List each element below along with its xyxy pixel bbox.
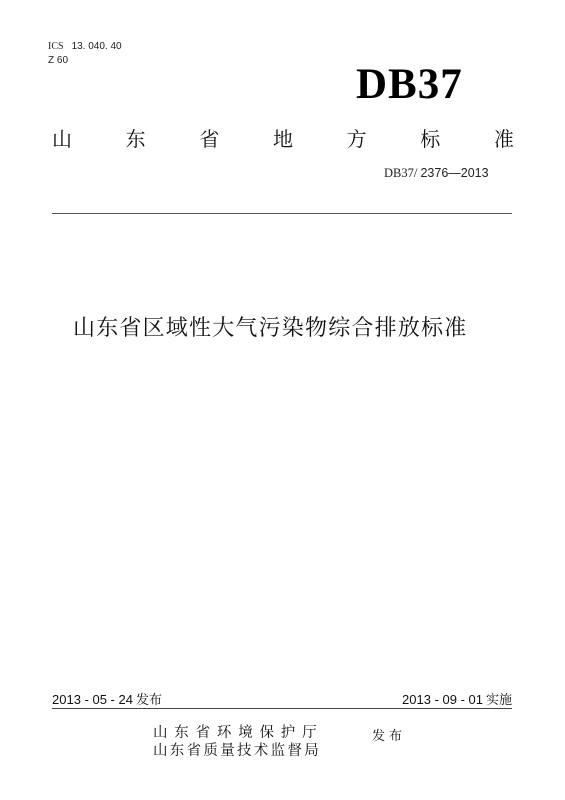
ics-label: ICS bbox=[48, 41, 64, 52]
standard-number: DB37/ 2376—2013 bbox=[384, 166, 489, 180]
db-logo: DB37 bbox=[356, 62, 463, 108]
standard-number-prefix: DB37/ bbox=[384, 166, 417, 180]
top-divider bbox=[52, 213, 512, 214]
standard-type-char: 标 bbox=[420, 126, 440, 152]
implementation-date-label: 实施 bbox=[486, 693, 512, 708]
issued-by-label: 发布 bbox=[372, 729, 406, 745]
classification-code: Z 60 bbox=[48, 55, 68, 67]
standard-type-char: 方 bbox=[347, 126, 367, 152]
document-title: 山东省区域性大气污染物综合排放标准 bbox=[73, 314, 467, 344]
implementation-date: 2013 - 09 - 01实施 bbox=[402, 692, 512, 708]
issuing-organizations: 山东省环境保护厅 山东省质量技术监督局 bbox=[153, 724, 323, 760]
ics-number: 13. 040. 40 bbox=[72, 41, 122, 52]
implementation-date-value: 2013 - 09 - 01 bbox=[402, 692, 483, 707]
standard-type-char: 山 bbox=[52, 126, 72, 152]
standard-type-char: 省 bbox=[199, 126, 219, 152]
issuer-quality-supervision: 山东省质量技术监督局 bbox=[153, 742, 323, 760]
standard-type-char: 准 bbox=[494, 126, 514, 152]
issue-date-value: 2013 - 05 - 24 bbox=[52, 692, 133, 707]
standard-type-char: 地 bbox=[273, 126, 293, 152]
issue-date: 2013 - 05 - 24发布 bbox=[52, 692, 162, 708]
standard-number-digits: 2376—2013 bbox=[420, 166, 488, 180]
standard-type-heading: 山 东 省 地 方 标 准 bbox=[52, 126, 514, 152]
standard-type-char: 东 bbox=[126, 126, 146, 152]
bottom-divider bbox=[52, 708, 512, 709]
ics-code-line: ICS13. 040. 40 bbox=[48, 41, 122, 53]
issuer-environmental-protection: 山东省环境保护厅 bbox=[153, 724, 323, 742]
issue-date-label: 发布 bbox=[136, 693, 162, 708]
